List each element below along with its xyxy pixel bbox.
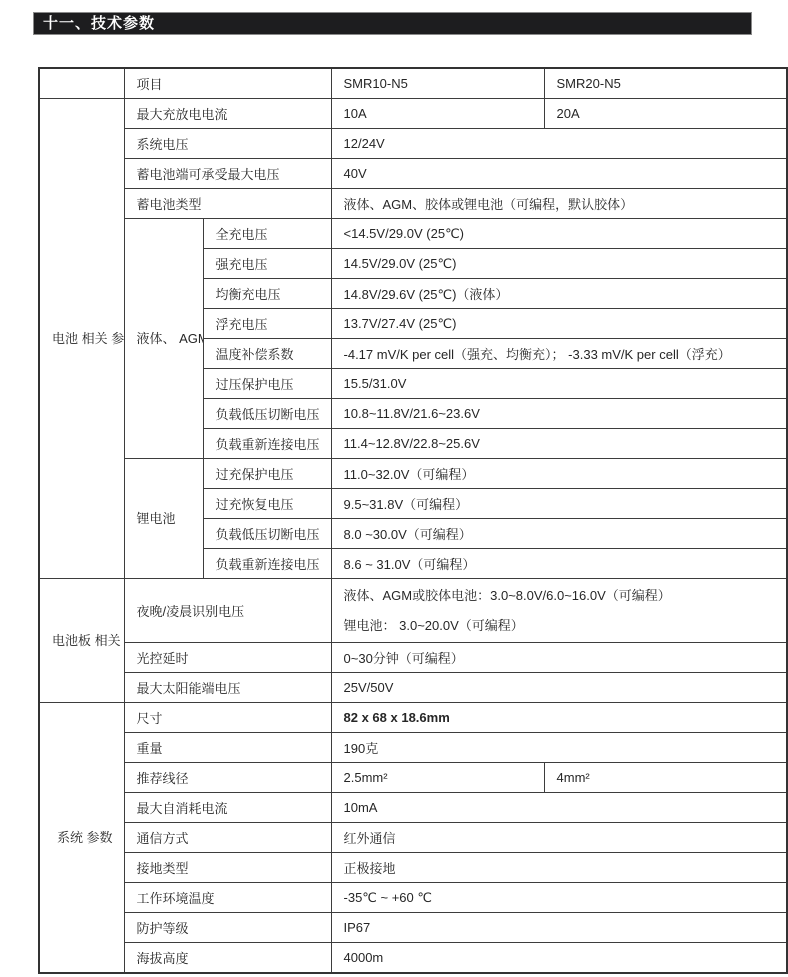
row-value: 8.0 ~30.0V（可编程） <box>331 519 787 549</box>
row-value: 15.5/31.0V <box>331 369 787 399</box>
row-label: 推荐线径 <box>124 763 331 793</box>
row-battery-max-voltage: 蓄电池端可承受最大电压 40V <box>39 159 787 189</box>
row-li-overcharge-protect: 锂电池 过充保护电压 11.0~32.0V（可编程） <box>39 459 787 489</box>
row-value: 14.5V/29.0V (25℃) <box>331 249 787 279</box>
row-wire-size: 推荐线径 2.5mm² 4mm² <box>39 763 787 793</box>
row-system-voltage: 系统电压 12/24V <box>39 129 787 159</box>
row-value: 40V <box>331 159 787 189</box>
row-altitude: 海拔高度 4000m <box>39 943 787 974</box>
row-value: -35℃ ~ +60 ℃ <box>331 883 787 913</box>
row-label: 负载低压切断电压 <box>203 519 331 549</box>
row-value: 10mA <box>331 793 787 823</box>
row-label: 温度补偿系数 <box>203 339 331 369</box>
row-label: 均衡充电压 <box>203 279 331 309</box>
row-label: 光控延时 <box>124 643 331 673</box>
row-label: 通信方式 <box>124 823 331 853</box>
row-label: 过压保护电压 <box>203 369 331 399</box>
spec-table: 项目 SMR10-N5 SMR20-N5 电池 相关 参数 最大充放电电流 10… <box>38 67 788 974</box>
group-lead-acid: 液体、 AGM、 胶体电池 <box>124 219 203 459</box>
row-label: 最大自消耗电流 <box>124 793 331 823</box>
row-label: 最大太阳能端电压 <box>124 673 331 703</box>
header-item: 项目 <box>124 68 331 99</box>
row-value: 11.0~32.0V（可编程） <box>331 459 787 489</box>
row-value: 红外通信 <box>331 823 787 853</box>
row-label: 负载重新连接电压 <box>203 429 331 459</box>
row-value: 190克 <box>331 733 787 763</box>
row-value-model2: 4mm² <box>544 763 787 793</box>
row-label: 夜晚/凌晨识别电压 <box>124 579 331 643</box>
row-light-control-delay: 光控延时 0~30分钟（可编程） <box>39 643 787 673</box>
row-value: 9.5~31.8V（可编程） <box>331 489 787 519</box>
row-communication: 通信方式 红外通信 <box>39 823 787 853</box>
row-value: 12/24V <box>331 129 787 159</box>
row-value: 10.8~11.8V/21.6~23.6V <box>331 399 787 429</box>
row-value: 正极接地 <box>331 853 787 883</box>
row-value: 82 x 68 x 18.6mm <box>331 703 787 733</box>
row-label: 接地类型 <box>124 853 331 883</box>
row-label: 浮充电压 <box>203 309 331 339</box>
row-label: 尺寸 <box>124 703 331 733</box>
group-battery-params: 电池 相关 参数 <box>39 99 124 579</box>
row-label: 蓄电池端可承受最大电压 <box>124 159 331 189</box>
row-label: 防护等级 <box>124 913 331 943</box>
row-self-consumption: 最大自消耗电流 10mA <box>39 793 787 823</box>
row-night-detect: 电池板 相关 参数 夜晚/凌晨识别电压 液体、AGM或胶体电池：3.0~8.0V… <box>39 579 787 643</box>
section-title: 十一、技术参数 <box>43 15 155 32</box>
row-operating-temp: 工作环境温度 -35℃ ~ +60 ℃ <box>39 883 787 913</box>
row-weight: 重量 190克 <box>39 733 787 763</box>
row-value-model1: 2.5mm² <box>331 763 544 793</box>
row-label: 蓄电池类型 <box>124 189 331 219</box>
row-value-line1: 液体、AGM或胶体电池：3.0~8.0V/6.0~16.0V（可编程） <box>344 581 781 611</box>
row-value: -4.17 mV/K per cell（强充、均衡充）； -3.33 mV/K … <box>331 339 787 369</box>
row-label: 重量 <box>124 733 331 763</box>
row-battery-type: 蓄电池类型 液体、AGM、胶体或锂电池（可编程，默认胶体） <box>39 189 787 219</box>
row-label: 负载低压切断电压 <box>203 399 331 429</box>
header-model-1: SMR10-N5 <box>331 68 544 99</box>
row-value-line2: 锂电池： 3.0~20.0V（可编程） <box>344 611 781 641</box>
row-label: 负载重新连接电压 <box>203 549 331 579</box>
row-value-model2: 20A <box>544 99 787 129</box>
row-label: 过充恢复电压 <box>203 489 331 519</box>
row-value: 25V/50V <box>331 673 787 703</box>
row-value: <14.5V/29.0V (25℃) <box>331 219 787 249</box>
row-protection-rating: 防护等级 IP67 <box>39 913 787 943</box>
row-label: 强充电压 <box>203 249 331 279</box>
row-dimensions: 系统 参数 尺寸 82 x 68 x 18.6mm <box>39 703 787 733</box>
row-full-charge: 液体、 AGM、 胶体电池 全充电压 <14.5V/29.0V (25℃) <box>39 219 787 249</box>
row-max-charge-current: 电池 相关 参数 最大充放电电流 10A 20A <box>39 99 787 129</box>
group-system-params: 系统 参数 <box>39 703 124 974</box>
row-value: 液体、AGM或胶体电池：3.0~8.0V/6.0~16.0V（可编程） 锂电池：… <box>331 579 787 643</box>
row-value: 13.7V/27.4V (25℃) <box>331 309 787 339</box>
row-max-solar-voltage: 最大太阳能端电压 25V/50V <box>39 673 787 703</box>
row-label: 工作环境温度 <box>124 883 331 913</box>
row-value: 8.6 ~ 31.0V（可编程） <box>331 549 787 579</box>
row-value-model1: 10A <box>331 99 544 129</box>
row-label: 系统电压 <box>124 129 331 159</box>
header-model-2: SMR20-N5 <box>544 68 787 99</box>
row-value: 4000m <box>331 943 787 974</box>
row-value: IP67 <box>331 913 787 943</box>
row-label: 海拔高度 <box>124 943 331 974</box>
row-value: 14.8V/29.6V (25℃)（液体） <box>331 279 787 309</box>
row-label: 过充保护电压 <box>203 459 331 489</box>
row-label: 最大充放电电流 <box>124 99 331 129</box>
group-panel-params: 电池板 相关 参数 <box>39 579 124 703</box>
header-empty-cell <box>39 68 124 99</box>
row-value: 液体、AGM、胶体或锂电池（可编程，默认胶体） <box>331 189 787 219</box>
row-value: 0~30分钟（可编程） <box>331 643 787 673</box>
section-title-bar: 十一、技术参数 <box>33 12 752 35</box>
row-value: 11.4~12.8V/22.8~25.6V <box>331 429 787 459</box>
row-grounding: 接地类型 正极接地 <box>39 853 787 883</box>
group-lithium: 锂电池 <box>124 459 203 579</box>
row-label: 全充电压 <box>203 219 331 249</box>
header-row: 项目 SMR10-N5 SMR20-N5 <box>39 68 787 99</box>
